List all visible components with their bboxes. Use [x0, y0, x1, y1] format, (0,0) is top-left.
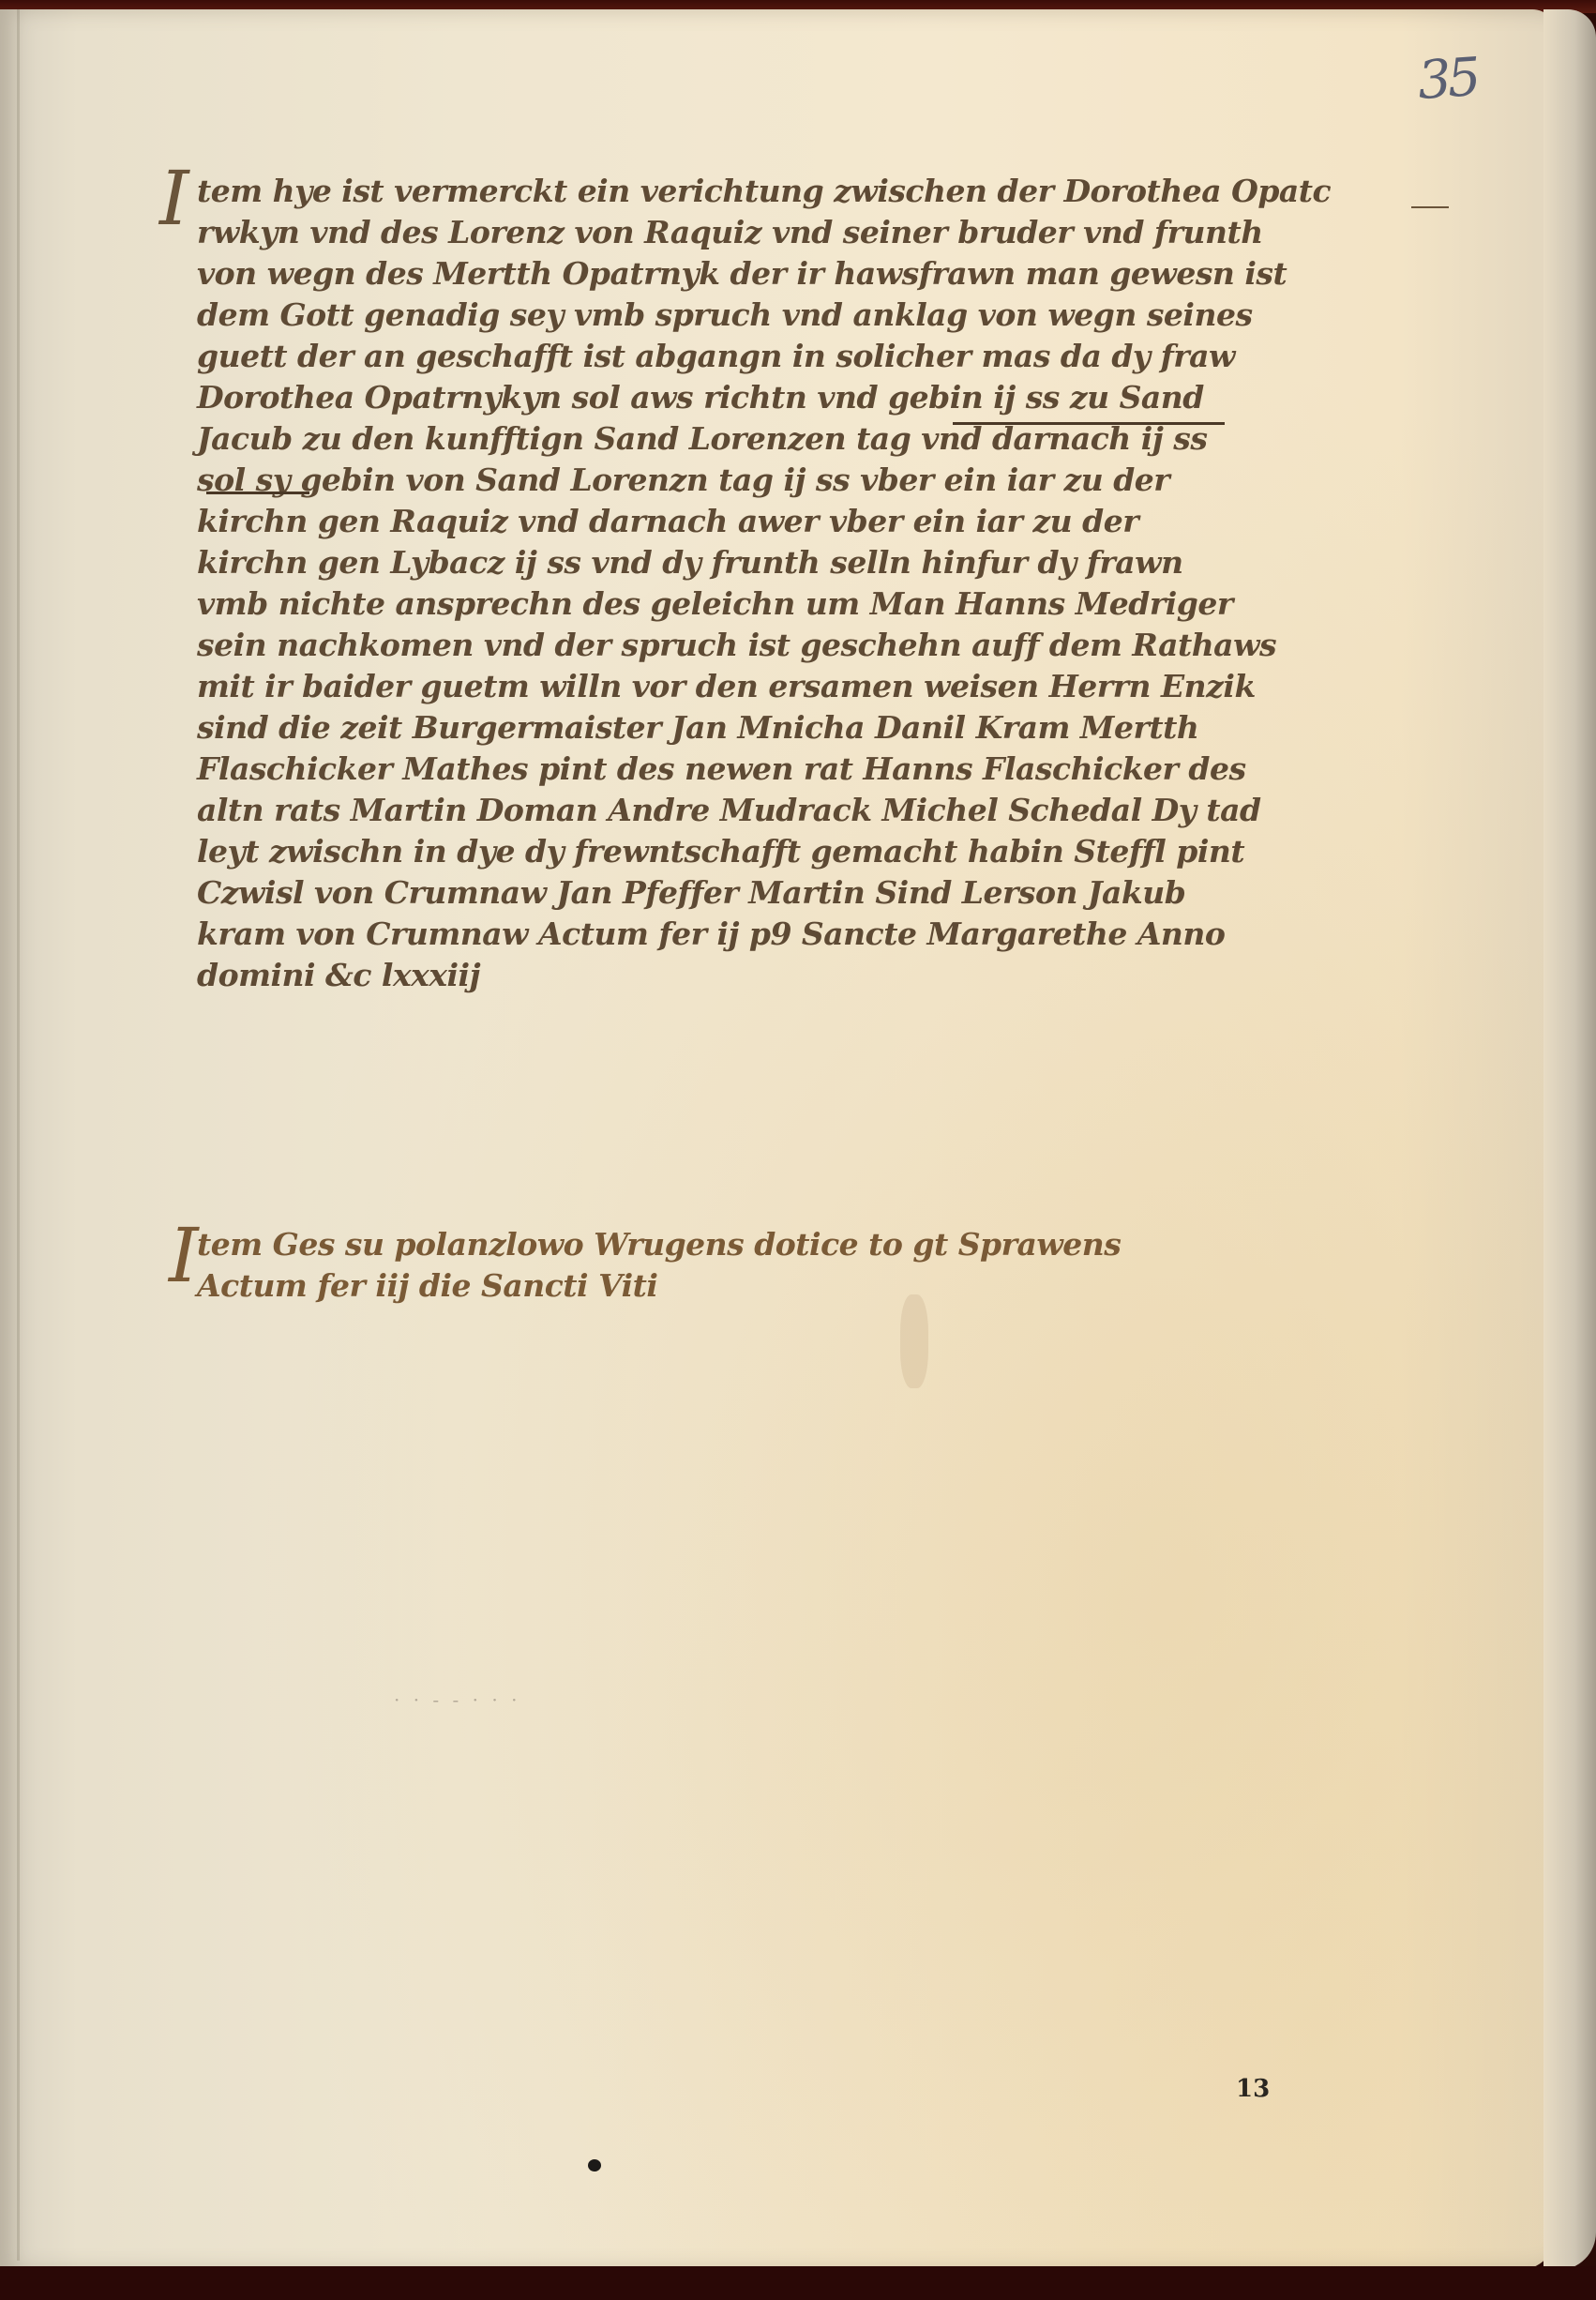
entry-2: I tem Ges su polanzlowo Wrugens dotice t… — [197, 1224, 1416, 1307]
text-line: altn rats Martin Doman Andre Mudrack Mic… — [197, 790, 1453, 831]
binding-bottom-edge — [0, 2266, 1596, 2300]
gutter-fold — [17, 9, 20, 2261]
entry-1: I tem hye ist vermerckt ein verichtung z… — [197, 171, 1453, 996]
text-line: sein nachkomen vnd der spruch ist gesche… — [197, 625, 1453, 666]
page-right-edge — [1543, 9, 1596, 2270]
underline-mark — [953, 422, 1225, 425]
text-line: kirchn gen Lybacz ij ss vnd dy frunth se… — [197, 542, 1453, 583]
text-line: tem Ges su polanzlowo Wrugens dotice to … — [197, 1224, 1416, 1265]
text-line: rwkyn vnd des Lorenz von Raquiz vnd sein… — [197, 212, 1453, 253]
text-line: kram von Crumnaw Actum fer ij p9 Sancte … — [197, 914, 1453, 955]
line-continuation-mark — [1411, 206, 1449, 208]
initial-letter: I — [159, 161, 189, 236]
bottom-marginal-number: 13 — [1236, 2075, 1270, 2103]
offset-ink-smudge: · · - - · · · — [394, 1688, 656, 1711]
initial-letter: I — [169, 1218, 199, 1294]
text-line: von wegn des Mertth Opatrnyk der ir haws… — [197, 253, 1453, 295]
underline-mark — [206, 492, 309, 494]
text-line: dem Gott genadig sey vmb spruch vnd ankl… — [197, 295, 1453, 336]
ink-blot — [588, 2159, 601, 2171]
text-line: Jacub zu den kunfftign Sand Lorenzen tag… — [197, 418, 1453, 460]
text-line: mit ir baider guetm willn vor den ersame… — [197, 666, 1453, 707]
text-line: kirchn gen Raquiz vnd darnach awer vber … — [197, 501, 1453, 542]
text-line: guett der an geschafft ist abgangn in so… — [197, 336, 1453, 377]
text-line: Actum fer iij die Sancti Viti — [197, 1265, 1416, 1307]
text-line: sind die zeit Burgermaister Jan Mnicha D… — [197, 707, 1453, 749]
text-line: domini &c lxxxiij — [197, 955, 1453, 996]
text-line: Czwisl von Crumnaw Jan Pfeffer Martin Si… — [197, 872, 1453, 914]
text-line: leyt zwischn in dye dy frewntschafft gem… — [197, 831, 1453, 872]
text-line: Flaschicker Mathes pint des newen rat Ha… — [197, 749, 1453, 790]
text-line: vmb nichte ansprechn des geleichn um Man… — [197, 583, 1453, 625]
text-line: tem hye ist vermerckt ein verichtung zwi… — [197, 171, 1453, 212]
folio-number: 35 — [1416, 47, 1480, 112]
water-stain — [900, 1294, 928, 1388]
text-line: sol sy gebin von Sand Lorenzn tag ij ss … — [197, 460, 1453, 501]
text-line: Dorothea Opatrnykyn sol aws richtn vnd g… — [197, 377, 1453, 418]
